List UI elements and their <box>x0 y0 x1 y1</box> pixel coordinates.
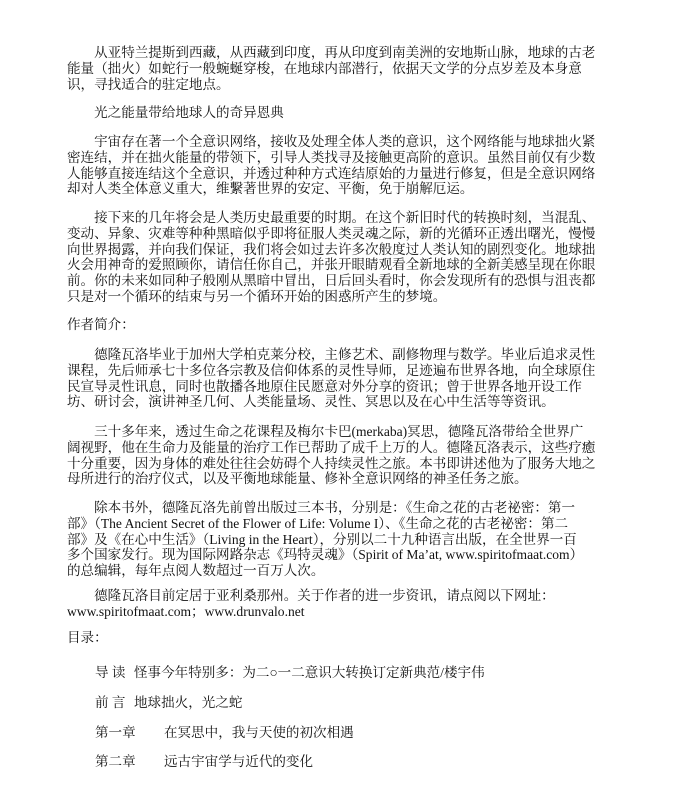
text-line: 只是对一个循环的结束与另一个循环开始的困惑所产生的梦境。 <box>67 289 627 305</box>
paragraph-intro-3: 接下来的几年将会是人类历史最重要的时期。在这个新旧时代的转换时刻，当混乱、 变动… <box>67 210 627 305</box>
text-line: 人能够直接连结这个全意识，并透过种种方式连结原始的力量进行修复，但是全意识网络 <box>67 166 627 182</box>
text-line: 三十多年来，透过生命之花课程及梅尔卡巴(merkaba)冥思，德隆瓦洛带给全世界… <box>67 424 627 440</box>
toc-title: 目录： <box>67 630 627 646</box>
text-line: 部》及《在心中生活》（Living in the Heart），分别以二十九种语… <box>67 532 627 548</box>
paragraph-intro-2: 宇宙存在著一个全意识网络，接收及处理全体人类的意识，这个网络能与地球拙火紧 密连… <box>67 134 627 197</box>
text-line: 课程，先后师承七十多位各宗教及信仰体系的灵性导师，足迹遍布世界各地，向全球原住 <box>67 363 627 379</box>
text-line: 前。你的未来如同种子般刚从黑暗中冒出，日后回头看时，你会发现所有的恐惧与沮丧都 <box>67 273 627 289</box>
document-page: 从亚特兰提斯到西藏，从西藏到印度，再从印度到南美洲的安地斯山脉，地球的古老 能量… <box>0 0 673 787</box>
text-line: 德隆瓦洛毕业于加州大学柏克莱分校，主修艺术、副修物理与数学。毕业后追求灵性 <box>67 347 627 363</box>
text-line: 除本书外，德隆瓦洛先前曾出版过三本书，分别是：《生命之花的古老祕密：第一 <box>67 500 627 516</box>
text-line: 多个国家发行。现为国际网路杂志《玛特灵魂》（Spirit of Ma’at, w… <box>67 547 627 563</box>
toc-item-title: 地球拙火，光之蛇 <box>134 695 242 711</box>
toc-item-label: 前 言 <box>95 695 134 711</box>
heading-text: 光之能量带给地球人的奇异恩典 <box>67 105 627 121</box>
text-line: 从亚特兰提斯到西藏，从西藏到印度，再从印度到南美洲的安地斯山脉，地球的古老 <box>67 45 627 61</box>
text-line: 向世界揭露，并向我们保证，我们将会如过去许多次般度过人类认知的剧烈变化。地球拙 <box>67 242 627 258</box>
paragraph-intro-1: 从亚特兰提斯到西藏，从西藏到印度，再从印度到南美洲的安地斯山脉，地球的古老 能量… <box>67 45 627 92</box>
text-line: 阔视野，他在生命力及能量的治疗工作已帮助了成千上万的人。德隆瓦洛表示，这些疗癒 <box>67 440 627 456</box>
text-line: 接下来的几年将会是人类历史最重要的时期。在这个新旧时代的转换时刻，当混乱、 <box>67 210 627 226</box>
text-line: 密连结，并在拙火能量的带领下，引导人类找寻及接触更高阶的意识。虽然目前仅有少数 <box>67 150 627 166</box>
author-section-title: 作者简介： <box>67 317 627 333</box>
section-title-text: 作者简介： <box>67 317 627 333</box>
text-line: 部》（The Ancient Secret of the Flower of L… <box>67 516 627 532</box>
text-line: 变动、异象、灾难等种种黑暗似乎即将征服人类灵魂之际，新的光循环正透出曙光，慢慢 <box>67 226 627 242</box>
text-line: 却对人类全体意义重大，维繫著世界的安定、平衡，免于崩解厄运。 <box>67 181 627 197</box>
text-line: 德隆瓦洛目前定居于亚利桑那州。关于作者的进一步资讯，请点阅以下网址： <box>67 588 627 604</box>
text-line: 宇宙存在著一个全意识网络，接收及处理全体人类的意识，这个网络能与地球拙火紧 <box>67 134 627 150</box>
paragraph-author-4: 德隆瓦洛目前定居于亚利桑那州。关于作者的进一步资讯，请点阅以下网址： www.s… <box>67 588 627 620</box>
text-line: 坊、研讨会，演讲神圣几何、人类能量场、灵性、冥思以及在心中生活等等资讯。 <box>67 394 627 410</box>
toc-item-label: 导 读 <box>95 665 134 681</box>
toc-item-title: 在冥思中，我与天使的初次相遇 <box>164 725 354 741</box>
website-line: www.spiritofmaat.com；www.drunvalo.net <box>67 604 627 620</box>
toc-item-title: 远古宇宙学与近代的变化 <box>164 754 313 770</box>
paragraph-author-1: 德隆瓦洛毕业于加州大学柏克莱分校，主修艺术、副修物理与数学。毕业后追求灵性 课程… <box>67 347 627 410</box>
text-line: 能量（拙火）如蛇行一般蜿蜒穿梭，在地球内部潜行，依据天文学的分点岁差及本身意 <box>67 61 627 77</box>
paragraph-author-2: 三十多年来，透过生命之花课程及梅尔卡巴(merkaba)冥思，德隆瓦洛带给全世界… <box>67 424 627 487</box>
toc-item: 导 读怪事今年特别多：为二○一二意识大转换订定新典范/楼宇伟 <box>95 665 485 681</box>
text-line: 母所进行的治疗仪式，以及平衡地球能量、修补全意识网络的神圣任务之旅。 <box>67 471 627 487</box>
text-line: 识，寻找适合的驻定地点。 <box>67 77 627 93</box>
toc-item-label: 第二章 <box>95 754 164 770</box>
toc-item: 第一章在冥思中，我与天使的初次相遇 <box>95 725 354 741</box>
text-line: 的总编辑，每年点阅人数超过一百万人次。 <box>67 563 627 579</box>
toc-title-text: 目录： <box>67 630 627 646</box>
text-line: 十分重要，因为身体的难处往往会妨碍个人持续灵性之旅。本书即讲述他为了服务大地之 <box>67 456 627 472</box>
section-heading: 光之能量带给地球人的奇异恩典 <box>67 105 627 121</box>
paragraph-author-3: 除本书外，德隆瓦洛先前曾出版过三本书，分别是：《生命之花的古老祕密：第一 部》（… <box>67 500 627 579</box>
text-line: 民宣导灵性讯息，同时也散播各地原住民愿意对外分享的资讯；曾于世界各地开设工作 <box>67 379 627 395</box>
toc-item-title: 怪事今年特别多：为二○一二意识大转换订定新典范/楼宇伟 <box>134 665 485 681</box>
text-line: 火会用神奇的爱照顾你，请信任你自己，并张开眼睛观看全新地球的全新美感呈现在你眼 <box>67 257 627 273</box>
toc-item-label: 第一章 <box>95 725 164 741</box>
toc-item: 前 言地球拙火，光之蛇 <box>95 695 242 711</box>
toc-item: 第二章远古宇宙学与近代的变化 <box>95 754 313 770</box>
